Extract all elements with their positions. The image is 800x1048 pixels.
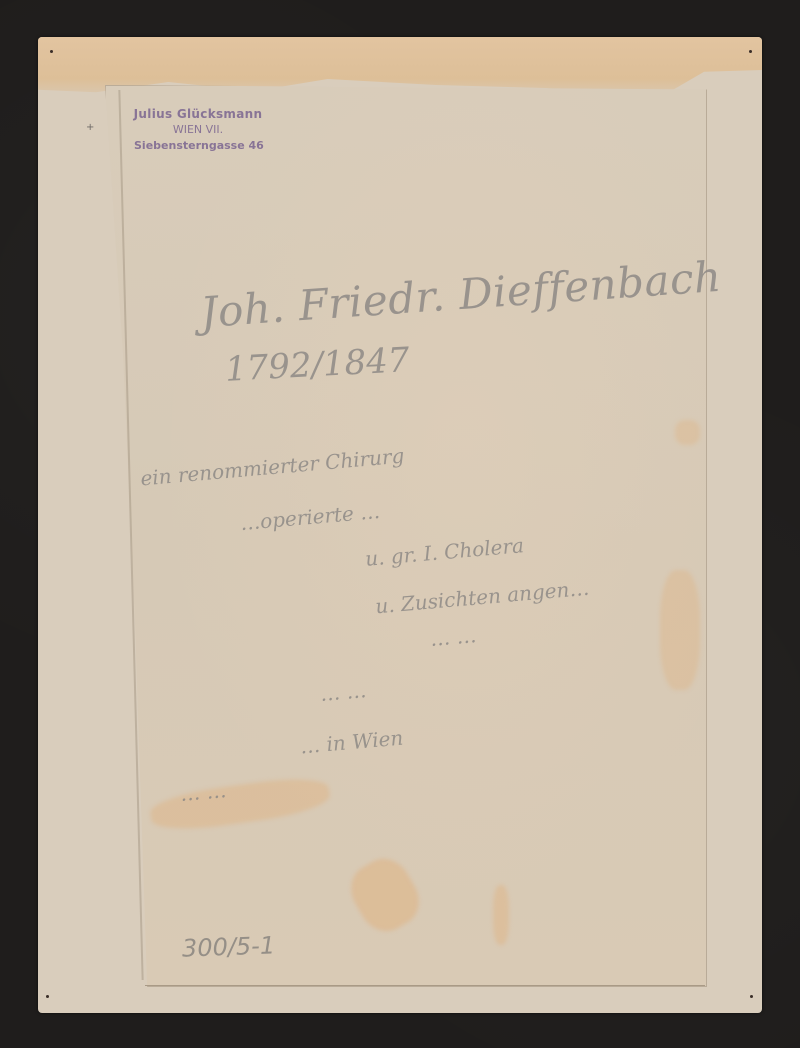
handwritten-note: … …: [179, 778, 227, 806]
handwritten-note: … …: [429, 623, 477, 651]
photo-verso-sheet: [105, 85, 707, 987]
stamp-street: Siebensterngasse 46: [134, 138, 268, 154]
registration-cross-mark: +: [86, 122, 94, 133]
pin-hole: [749, 50, 752, 53]
stain: [660, 570, 700, 690]
stamp-city: WIEN VII.: [128, 122, 268, 138]
handwritten-note: … …: [319, 678, 367, 706]
sheet-bottom-edge: [145, 985, 705, 986]
inventory-number: 300/5-1: [182, 931, 276, 962]
pin-hole: [750, 995, 753, 998]
pin-hole: [46, 995, 49, 998]
stain: [493, 885, 509, 945]
dealer-stamp: Julius Glücksmann WIEN VII. Siebensterng…: [128, 106, 268, 154]
stain: [675, 420, 700, 445]
stamp-name: Julius Glücksmann: [128, 106, 268, 122]
pin-hole: [50, 50, 53, 53]
